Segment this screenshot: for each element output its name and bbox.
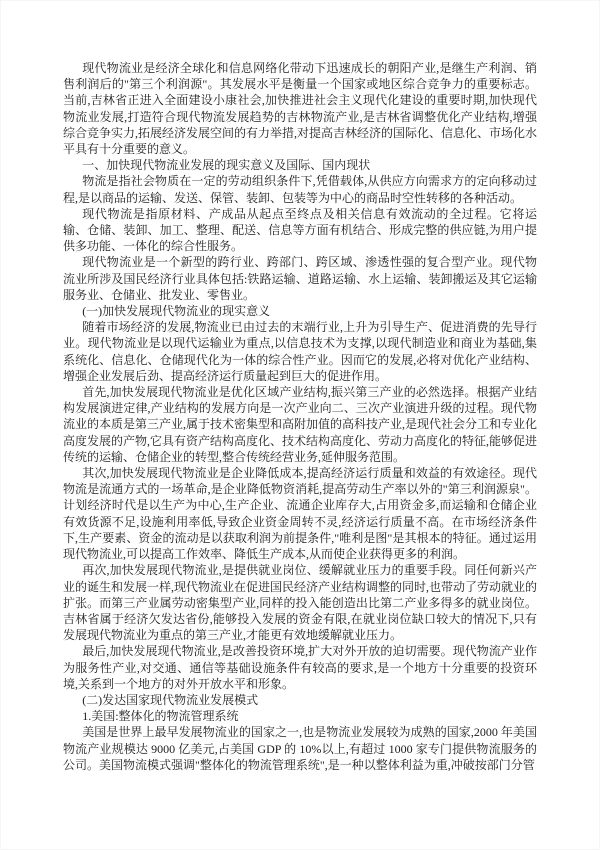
paragraph: 美国是世界上最早发展物流业的国家之一,也是物流业发展较为成熟的国家,2000 年…: [63, 724, 537, 773]
paragraph: 现代物流业是一个新型的跨行业、跨部门、跨区域、渗透性强的复合型产业。现代物流业所…: [63, 254, 537, 303]
heading-3: 1.美国:整体化的物流管理系统: [63, 708, 537, 724]
paragraph: 其次,加快发展现代物流业是企业降低成本,提高经济运行质量和效益的有效途径。现代物…: [63, 465, 537, 562]
paragraph: 现代物流业是经济全球化和信息网络化带动下迅速成长的朝阳产业,是继生产利润、销售利…: [63, 60, 537, 157]
heading-2: (一)加快发展现代物流业的现实意义: [63, 303, 537, 319]
heading-1: 一、加快现代物流业发展的现实意义及国际、国内现状: [63, 157, 537, 173]
paragraph: 最后,加快发展现代物流业,是改善投资环境,扩大对外开放的迫切需要。现代物流产业作…: [63, 643, 537, 692]
document-page: 现代物流业是经济全球化和信息网络化带动下迅速成长的朝阳产业,是继生产利润、销售利…: [63, 60, 537, 773]
heading-2: (二)发达国家现代物流业发展模式: [63, 692, 537, 708]
paragraph: 再次,加快发展现代物流业,是提供就业岗位、缓解就业压力的重要手段。同任何新兴产业…: [63, 562, 537, 643]
document-page-frame: 现代物流业是经济全球化和信息网络化带动下迅速成长的朝阳产业,是继生产利润、销售利…: [0, 0, 600, 850]
paragraph: 物流是指社会物质在一定的劳动组织条件下,凭借载体,从供应方向需求方的定向移动过程…: [63, 173, 537, 205]
paragraph: 随着市场经济的发展,物流业已由过去的末端行业,上升为引导生产、促进消费的先导行业…: [63, 319, 537, 384]
paragraph: 现代物流是指原材料、产成品从起点至终点及相关信息有效流动的全过程。它将运输、仓储…: [63, 206, 537, 255]
paragraph: 首先,加快发展现代物流业是优化区域产业结构,振兴第三产业的必然选择。根据产业结构…: [63, 384, 537, 465]
